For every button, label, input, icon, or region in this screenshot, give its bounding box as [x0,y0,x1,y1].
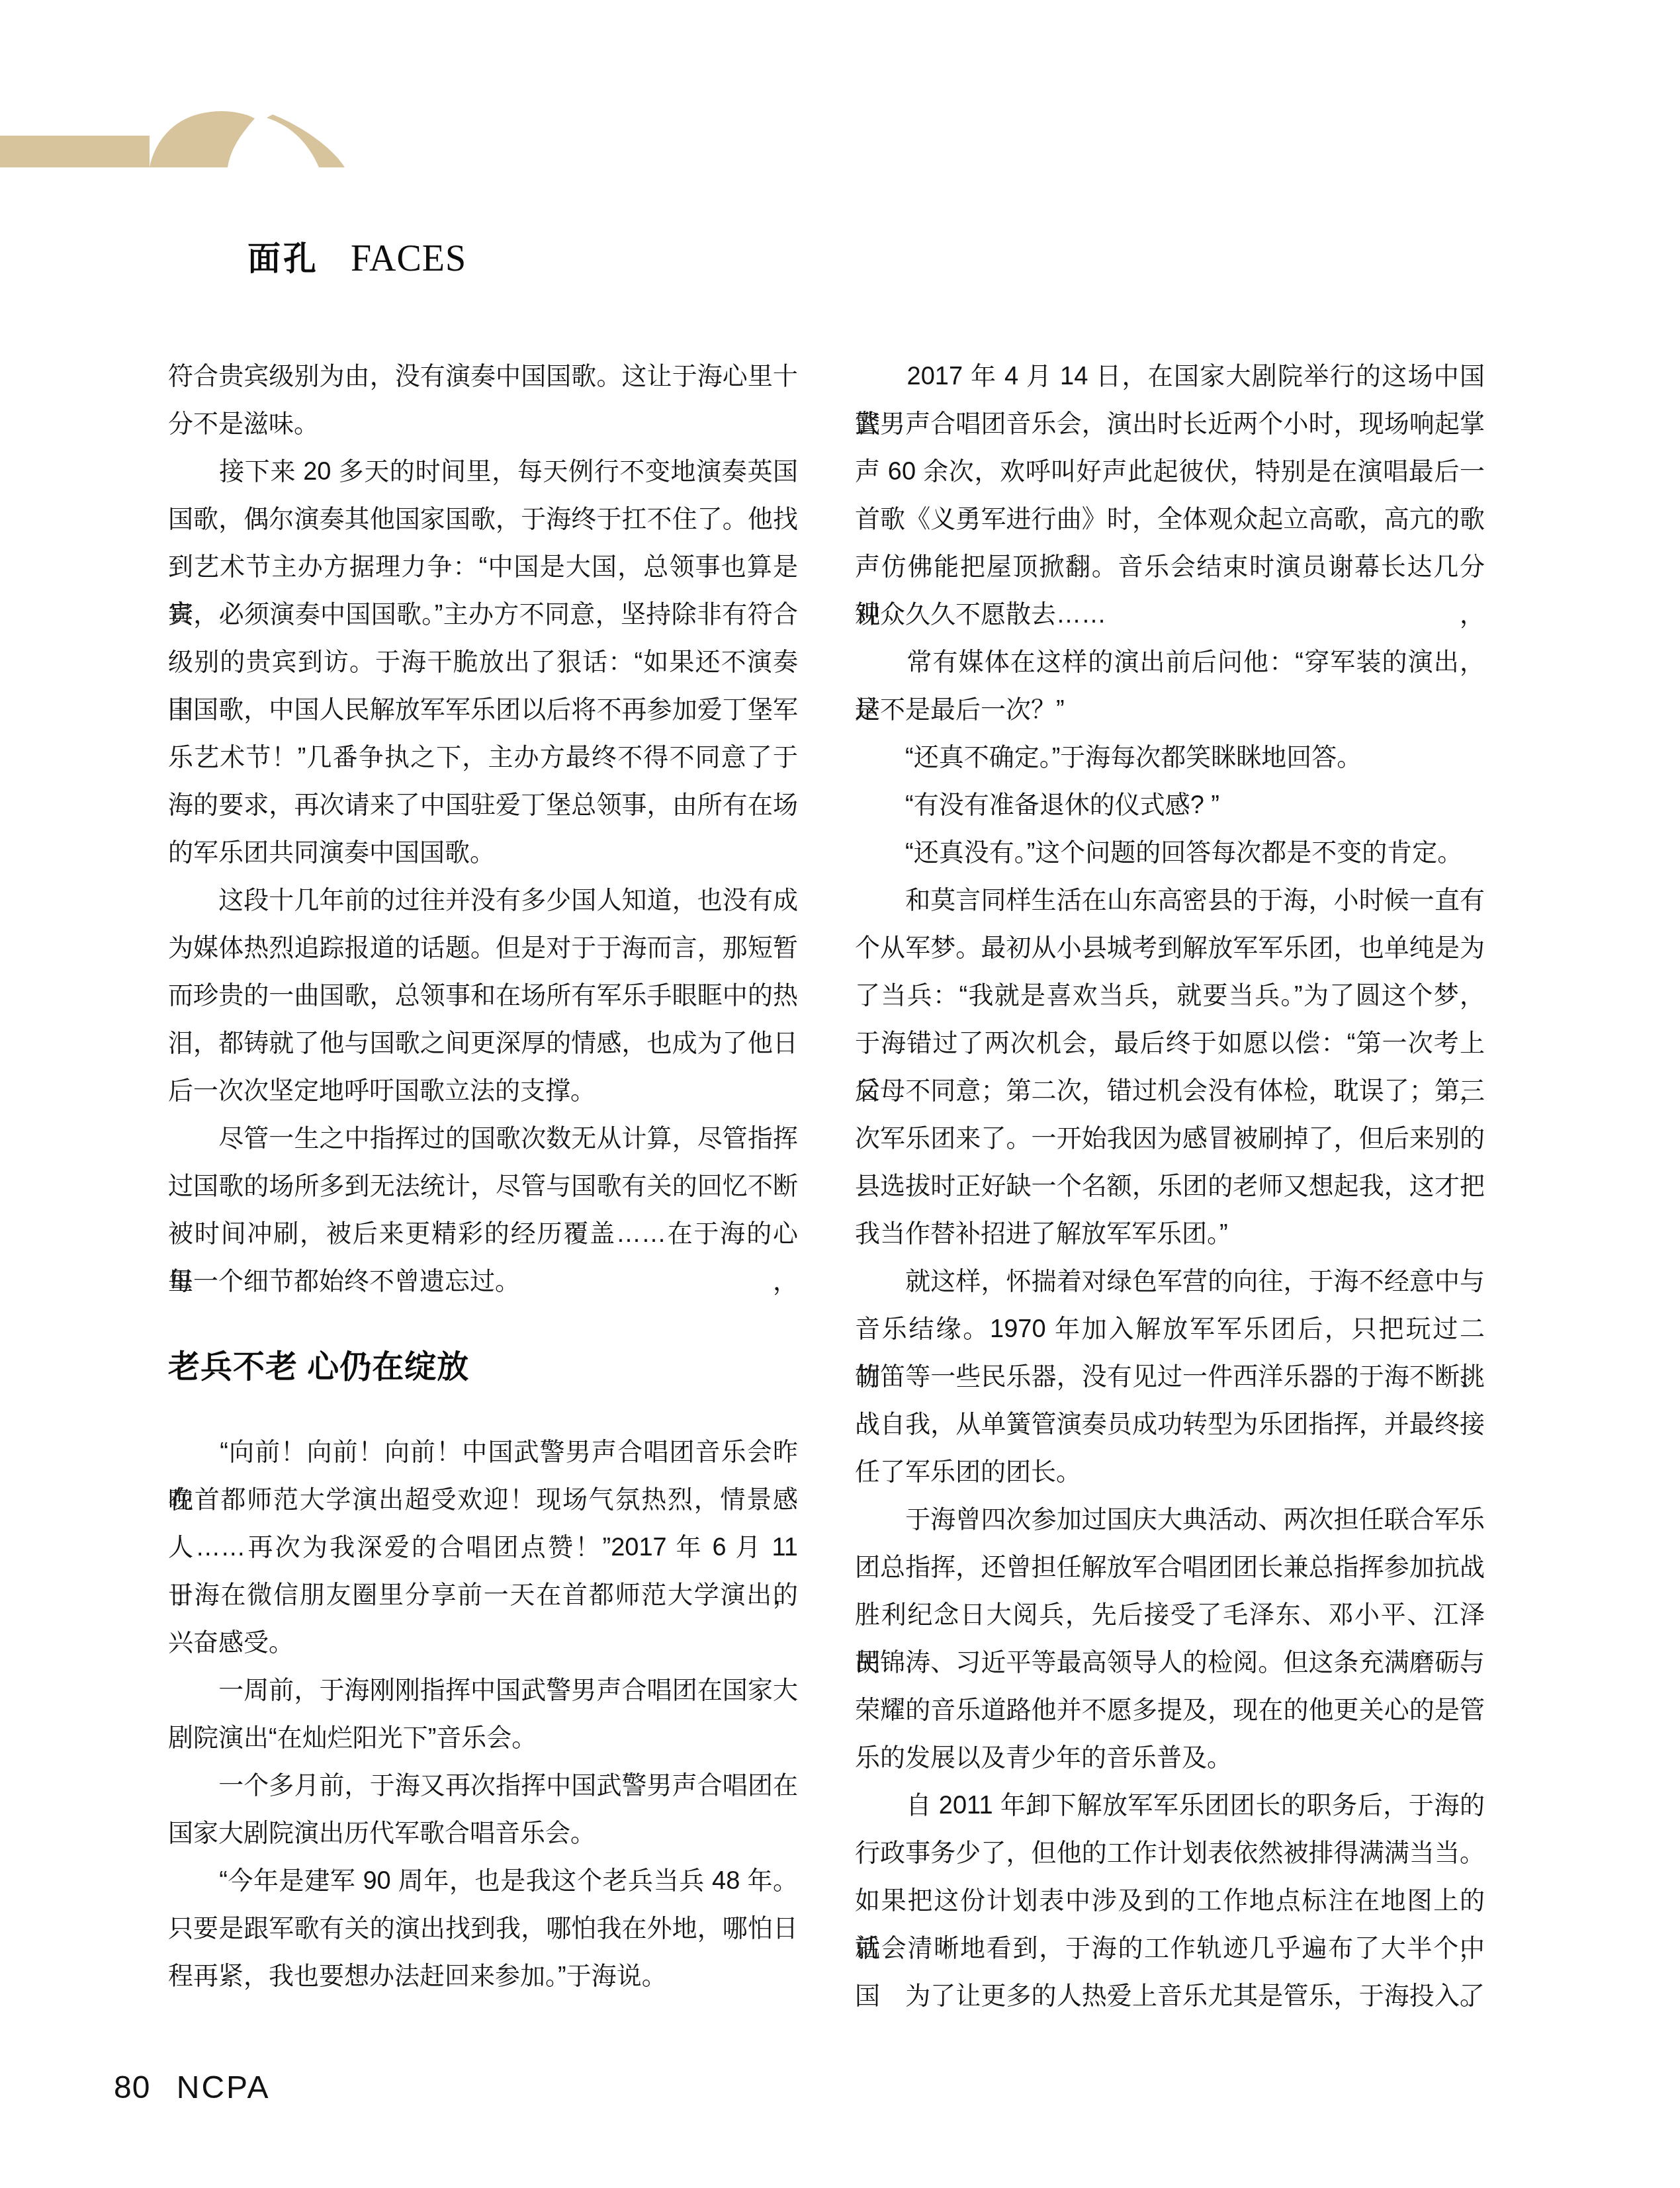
text-line: 分不是滋味。 [168,400,798,448]
left-column: 符合贵宾级别为由，没有演奏中国国歌。这让于海心里十分不是滋味。 接下来 20 多… [168,353,798,2000]
text-line: 如果把这份计划表中涉及到的工作地点标注在地图上的话， [855,1877,1485,1925]
text-line: 任了军乐团的团长。 [855,1448,1485,1496]
text-line: 接下来 20 多天的时间里，每天例行不变地演奏英国 [168,448,798,496]
text-line: 声仿佛能把屋顶掀翻。音乐会结束时演员谢幕长达几分钟， [855,543,1485,591]
text-line: 荣耀的音乐道路他并不愿多提及，现在的他更关心的是管 [855,1686,1485,1734]
logo-bar-shape [0,136,150,167]
text-line: 符合贵宾级别为由，没有演奏中国国歌。这让于海心里十 [168,353,798,400]
text-line: 于海曾四次参加过国庆大典活动、两次担任联合军乐 [855,1496,1485,1544]
text-line: 于海错过了两次机会，最后终于如愿以偿：“第一次考上后， [855,1020,1485,1067]
text-line: 次军乐团来了。一开始我因为感冒被刷掉了，但后来别的 [855,1115,1485,1162]
text-line: 就会清晰地看到，于海的工作轨迹几乎遍布了大半个中国。 [855,1925,1485,1972]
left-column-paragraphs-1: 符合贵宾级别为由，没有演奏中国国歌。这让于海心里十分不是滋味。 接下来 20 多… [168,353,798,1305]
section-heading: 老兵不老 心仍在绽放 [168,1346,798,1389]
text-line: “还真没有。”这个问题的回答每次都是不变的肯定。 [855,829,1485,877]
text-line: 国歌，偶尔演奏其他国家国歌，于海终于扛不住了。他找 [168,496,798,543]
text-line: 海的要求，再次请来了中国驻爱丁堡总领事，由所有在场 [168,781,798,829]
masthead: 面孔 FACES [0,109,596,175]
section-title-english: FACES [351,239,466,279]
text-line: 常有媒体在这样的演出前后问他：“穿军装的演出，这 [855,638,1485,686]
text-line: 这段十几年前的过往并没有多少国人知道，也没有成 [168,877,798,924]
text-line: 泪，都铸就了他与国歌之间更深厚的情感，也成为了他日 [168,1020,798,1067]
text-line: 和莫言同样生活在山东高密县的于海，小时候一直有 [855,877,1485,924]
text-line: 人……再次为我深爱的合唱团点赞！”2017 年 6 月 11 日， [168,1524,798,1571]
text-line: 竹笛等一些民乐器，没有见过一件西洋乐器的于海不断挑 [855,1353,1485,1401]
text-line: “还真不确定。”于海每次都笑眯眯地回答。 [855,734,1485,781]
text-line: 到艺术节主办方据理力争：“中国是大国，总领事也算是贵 [168,543,798,591]
text-line: 乐的发展以及青少年的音乐普及。 [855,1734,1485,1782]
logo-dome-shape [150,111,255,167]
text-line: 个从军梦。最初从小县城考到解放军军乐团，也单纯是为 [855,924,1485,972]
text-line: 被时间冲刷，被后来更精彩的经历覆盖……在于海的心里， [168,1210,798,1258]
text-line: 胜利纪念日大阅兵，先后接受了毛泽东、邓小平、江泽民、 [855,1591,1485,1639]
text-line: 为媒体热烈追踪报道的话题。但是对于于海而言，那短暂 [168,924,798,972]
text-line: 程再紧，我也要想办法赶回来参加。”于海说。 [168,1952,798,2000]
text-line: 2017 年 4 月 14 日，在国家大剧院举行的这场中国武 [855,353,1485,400]
page-number: 80 [114,2070,150,2105]
text-line: 国家大剧院演出历代军歌合唱音乐会。 [168,1810,798,1857]
text-line: 就这样，怀揣着对绿色军营的向往，于海不经意中与 [855,1258,1485,1305]
text-line: 一周前，于海刚刚指挥中国武警男声合唱团在国家大 [168,1667,798,1714]
section-title-chinese: 面孔 [247,241,319,276]
text-line: 尽管一生之中指挥过的国歌次数无从计算，尽管指挥 [168,1115,798,1162]
text-line: 后一次次坚定地呼吁国歌立法的支撑。 [168,1067,798,1115]
text-line: “有没有准备退休的仪式感? ” [855,781,1485,829]
text-line: 战自我，从单簧管演奏员成功转型为乐团指挥，并最终接 [855,1401,1485,1448]
left-column-paragraphs-2: “向前！向前！向前！中国武警男声合唱团音乐会昨晚在首都师范大学演出超受欢迎！现场… [168,1428,798,2000]
text-line: 县选拔时正好缺一个名额，乐团的老师又想起我，这才把 [855,1162,1485,1210]
logo-arc-shape [267,114,345,167]
text-line: “今年是建军 90 周年，也是我这个老兵当兵 48 年。 [168,1857,798,1905]
text-line: 在首都师范大学演出超受欢迎！现场气氛热烈，情景感 [168,1476,798,1524]
text-line: 只要是跟军歌有关的演出找到我，哪怕我在外地，哪怕日 [168,1905,798,1952]
text-line: 是不是最后一次？” [855,686,1485,734]
text-line: 父母不同意；第二次，错过机会没有体检，耽误了；第三 [855,1067,1485,1115]
ncpa-dome-logo [0,109,351,167]
text-line: 剧院演出“在灿烂阳光下”音乐会。 [168,1714,798,1762]
text-line: 于海在微信朋友圈里分享前一天在首都师范大学演出的 [168,1571,798,1619]
text-line: 行政事务少了，但他的工作计划表依然被排得满满当当。 [855,1829,1485,1877]
text-line: 为了让更多的人热爱上音乐尤其是管乐，于海投入了 [855,1972,1485,2020]
text-line: 团总指挥，还曾担任解放军合唱团团长兼总指挥参加抗战 [855,1544,1485,1591]
text-line: 一个多月前，于海又再次指挥中国武警男声合唱团在 [168,1762,798,1810]
page-footer: 80 NCPA [114,2070,271,2107]
text-line: 的军乐团共同演奏中国国歌。 [168,829,798,877]
text-line: “向前！向前！向前！中国武警男声合唱团音乐会昨晚 [168,1428,798,1476]
text-line: 声 60 余次，欢呼叫好声此起彼伏，特别是在演唱最后一 [855,448,1485,496]
text-line: 过国歌的场所多到无法统计，尽管与国歌有关的回忆不断 [168,1162,798,1210]
text-line: 自 2011 年卸下解放军军乐团团长的职务后，于海的 [855,1782,1485,1829]
text-line: 宾，必须演奏中国国歌。”主办方不同意，坚持除非有符合 [168,591,798,638]
text-line: 兴奋感受。 [168,1619,798,1667]
text-line: 音乐结缘。1970 年加入解放军军乐团后，只把玩过二胡、 [855,1305,1485,1353]
right-column-paragraphs: 2017 年 4 月 14 日，在国家大剧院举行的这场中国武警男声合唱团音乐会，… [855,353,1485,2020]
text-line: 级别的贵宾到访。于海干脆放出了狠话：“如果还不演奏中 [168,638,798,686]
text-line: 我当作替补招进了解放军军乐团。” [855,1210,1485,1258]
text-line: 了当兵：“我就是喜欢当兵，就要当兵。”为了圆这个梦， [855,972,1485,1020]
text-line: 首歌《义勇军进行曲》时，全体观众起立高歌，高亢的歌 [855,496,1485,543]
right-column: 2017 年 4 月 14 日，在国家大剧院举行的这场中国武警男声合唱团音乐会，… [855,353,1485,2020]
journal-name: NCPA [177,2070,271,2105]
text-line: 乐艺术节！”几番争执之下，主办方最终不得不同意了于 [168,734,798,781]
text-line: 而珍贵的一曲国歌，总领事和在场所有军乐手眼眶中的热 [168,972,798,1020]
text-line: 警男声合唱团音乐会，演出时长近两个小时，现场响起掌 [855,400,1485,448]
magazine-page: 面孔 FACES 符合贵宾级别为由，没有演奏中国国歌。这让于海心里十分不是滋味。… [0,0,1680,2188]
text-line: 国国歌，中国人民解放军军乐团以后将不再参加爱丁堡军 [168,686,798,734]
text-line: 胡锦涛、习近平等最高领导人的检阅。但这条充满磨砺与 [855,1639,1485,1686]
